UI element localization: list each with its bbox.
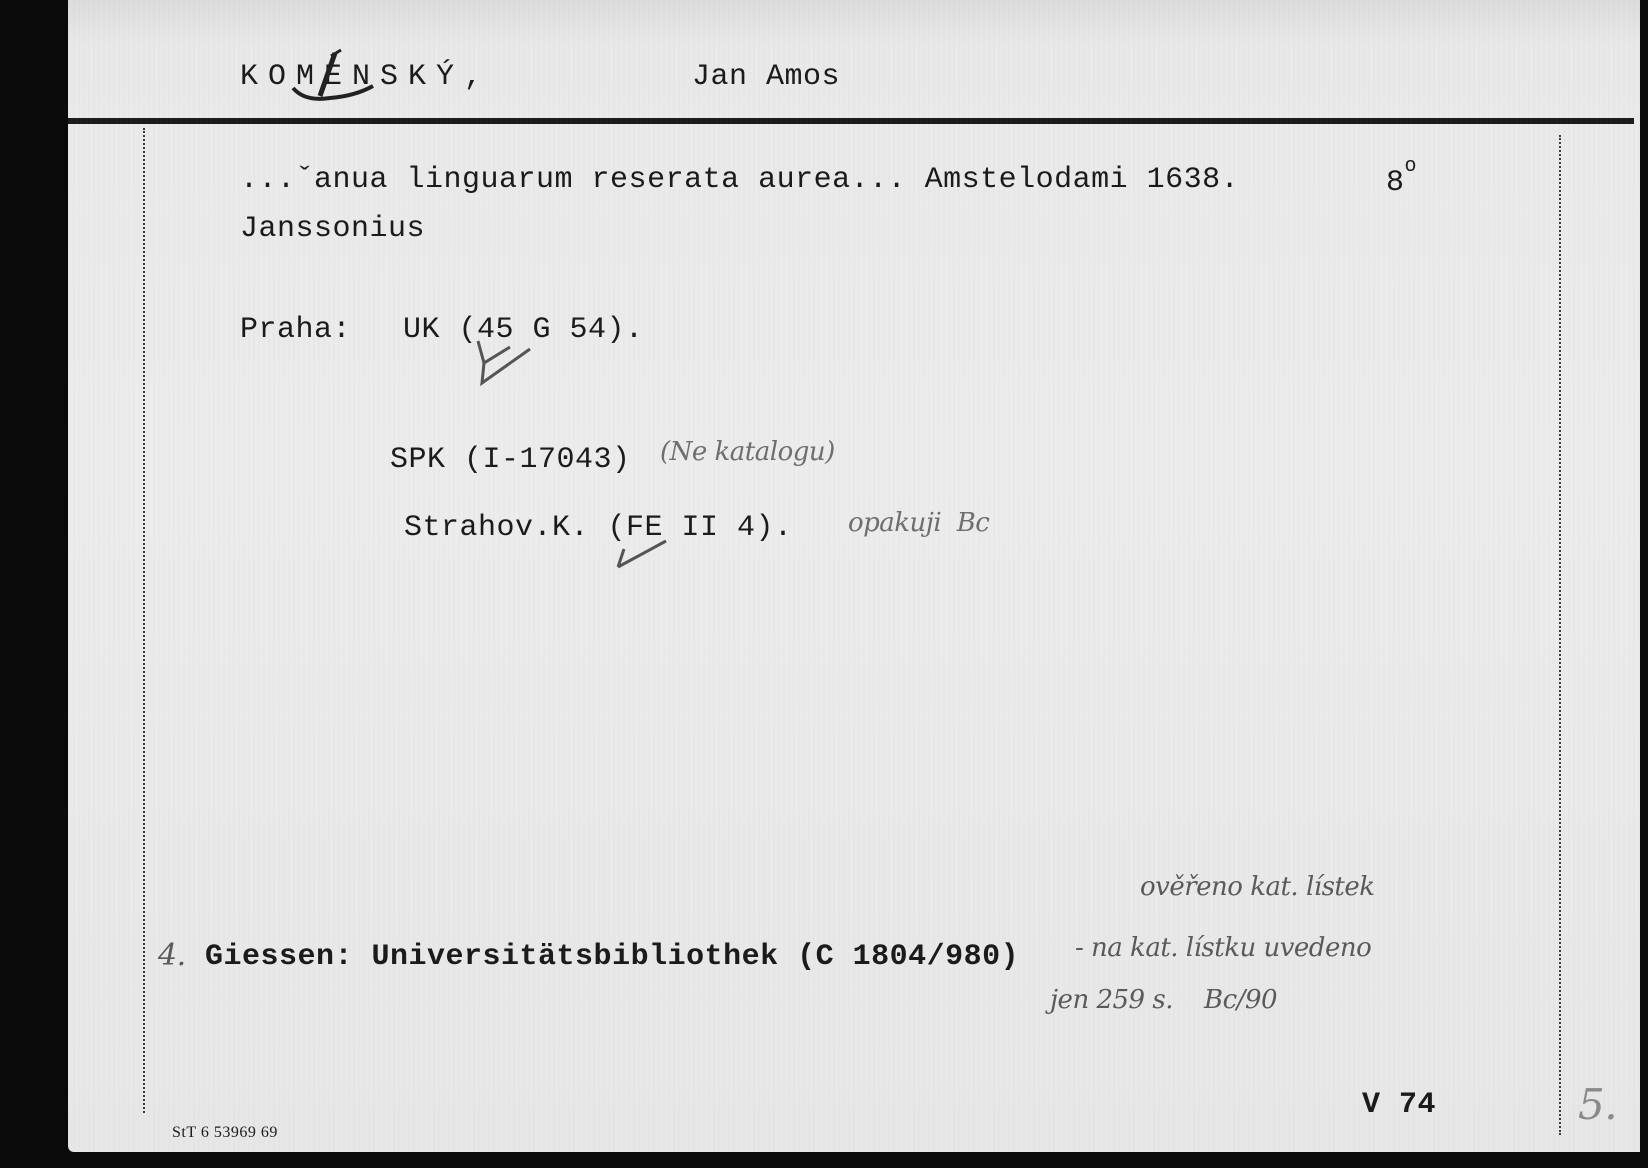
handwritten-page-number: 5. xyxy=(1578,1080,1617,1129)
handwritten-strahov-note: opakuji Bc xyxy=(848,508,989,538)
left-margin-dotted-line xyxy=(143,128,145,1113)
title-statement: ...ˇanua linguarum reserata aurea... Ams… xyxy=(240,163,1239,197)
holding-spk: SPK (I-17043) xyxy=(390,443,631,477)
printer-imprint: StT 6 53969 69 xyxy=(172,1124,278,1142)
handwritten-spk-note: (Ne katalogu) xyxy=(660,437,835,467)
check-mark-icon xyxy=(470,335,540,390)
format-degree: o xyxy=(1405,155,1418,178)
shelfmark: V 74 xyxy=(1362,1088,1436,1122)
handwritten-giessen-note-2: - na kat. lístku uvedeno xyxy=(1075,933,1371,963)
publisher: Janssonius xyxy=(240,212,425,246)
handwritten-entry-number: 4. xyxy=(158,938,186,973)
heading-rule xyxy=(68,118,1634,124)
right-margin-dotted-line xyxy=(1559,135,1561,1135)
format-number: 8 xyxy=(1386,166,1405,200)
format-size: 8o xyxy=(1386,163,1417,200)
holdings-city-label: Praha: xyxy=(240,313,351,347)
check-mark-icon xyxy=(612,535,672,570)
holding-giessen: Giessen: Universitätsbibliothek (C 1804/… xyxy=(205,940,1019,974)
handwritten-giessen-note-1: ověřeno kat. lístek xyxy=(1140,872,1375,902)
author-forename: Jan Amos xyxy=(692,60,840,94)
handwritten-giessen-note-3: jen 259 s. Bc/90 xyxy=(1050,985,1277,1015)
correction-mark-icon xyxy=(285,48,380,103)
holding-strahov: Strahov.K. (FE II 4). xyxy=(404,511,793,545)
